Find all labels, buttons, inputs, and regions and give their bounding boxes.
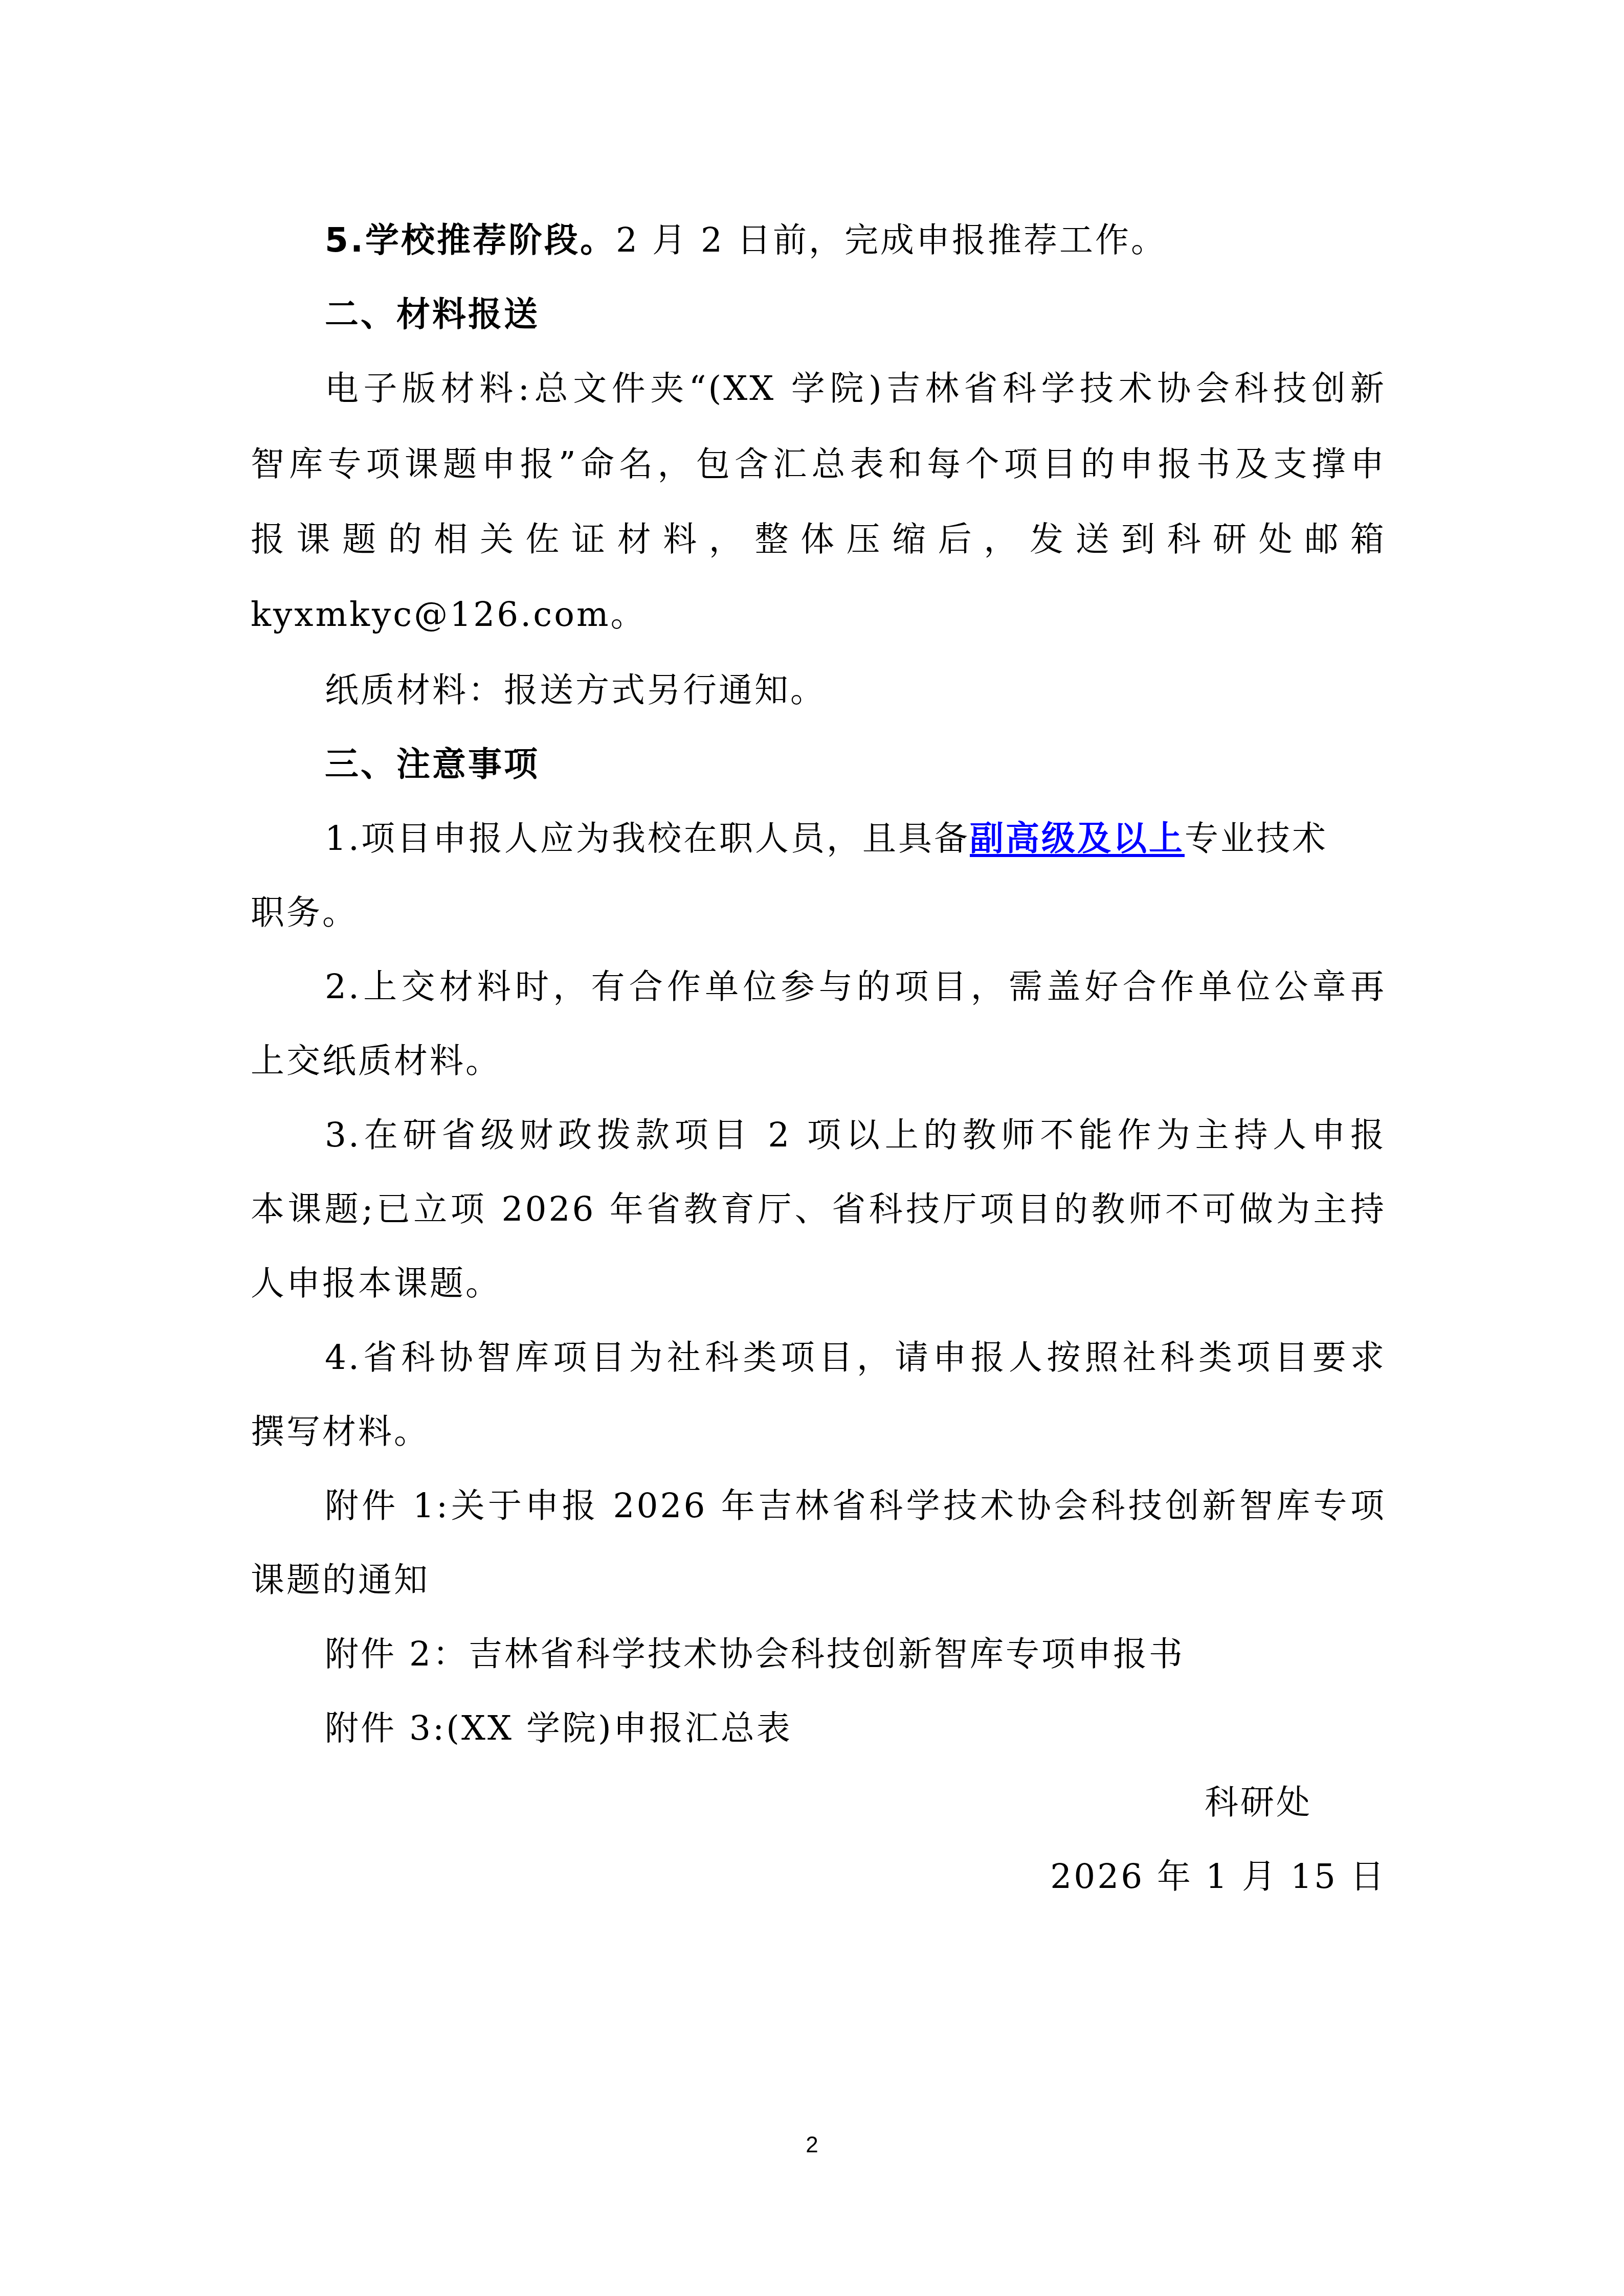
notice-item3-line2: 本课题;已立项 2026 年省教育厅、省科技厅项目的教师不可做为主持: [251, 1189, 1386, 1230]
stage5-paragraph: 5.学校推荐阶段。2 月 2 日前，完成申报推荐工作。: [325, 220, 1386, 261]
notice-item1-line2: 职务。: [251, 892, 1386, 933]
notice-item2-line1: 2.上交材料时，有合作单位参与的项目，需盖好合作单位公章再: [325, 966, 1386, 1007]
notice-item1-before: 1.项目申报人应为我校在职人员，且具备: [325, 819, 970, 858]
notice-item3-line3: 人申报本课题。: [251, 1263, 1386, 1304]
notice-item3-line1: 3.在研省级财政拨款项目 2 项以上的教师不能作为主持人申报: [325, 1115, 1386, 1156]
attachment2: 附件 2：吉林省科学技术协会科技创新智库专项申报书: [325, 1634, 1386, 1675]
attachment1-line1: 附件 1:关于申报 2026 年吉林省科学技术协会科技创新智库专项: [325, 1485, 1386, 1526]
document-page: 5.学校推荐阶段。2 月 2 日前，完成申报推荐工作。 二、材料报送 电子版材料…: [0, 0, 1624, 2296]
email-address: kyxmkyc@126.com。: [251, 594, 1386, 635]
stage5-label: 5.学校推荐阶段。: [325, 220, 616, 260]
attachment1-line2: 课题的通知: [251, 1560, 1386, 1601]
electronic-materials-line3: 报课题的相关佐证材料，整体压缩后，发送到科研处邮箱: [251, 519, 1386, 560]
notice-item4-line2: 撰写材料。: [251, 1411, 1386, 1452]
notice-item1-line1: 1.项目申报人应为我校在职人员，且具备副高级及以上专业技术: [325, 818, 1386, 859]
notice-item4-line1: 4.省科协智库项目为社科类项目，请申报人按照社科类项目要求: [325, 1337, 1386, 1378]
attachment3: 附件 3:(XX 学院)申报汇总表: [325, 1708, 1386, 1749]
section3-heading: 三、注意事项: [325, 744, 1386, 785]
page-number: 2: [0, 2132, 1624, 2158]
section2-heading: 二、材料报送: [325, 294, 1386, 335]
electronic-materials-line1: 电子版材料:总文件夹“(XX 学院)吉林省科学技术协会科技创新: [325, 368, 1386, 409]
signature-office: 科研处: [1205, 1782, 1312, 1823]
stage5-text: 2 月 2 日前，完成申报推荐工作。: [616, 220, 1167, 260]
signature-date: 2026 年 1 月 15 日: [1050, 1856, 1386, 1897]
notice-item1-after: 专业技术: [1185, 819, 1328, 858]
associate-senior-title-link[interactable]: 副高级及以上: [970, 819, 1185, 858]
notice-item2-line2: 上交纸质材料。: [251, 1041, 1386, 1082]
electronic-materials-line2: 智库专项课题申报”命名，包含汇总表和每个项目的申报书及支撑申: [251, 444, 1386, 485]
paper-materials: 纸质材料：报送方式另行通知。: [325, 670, 1386, 711]
